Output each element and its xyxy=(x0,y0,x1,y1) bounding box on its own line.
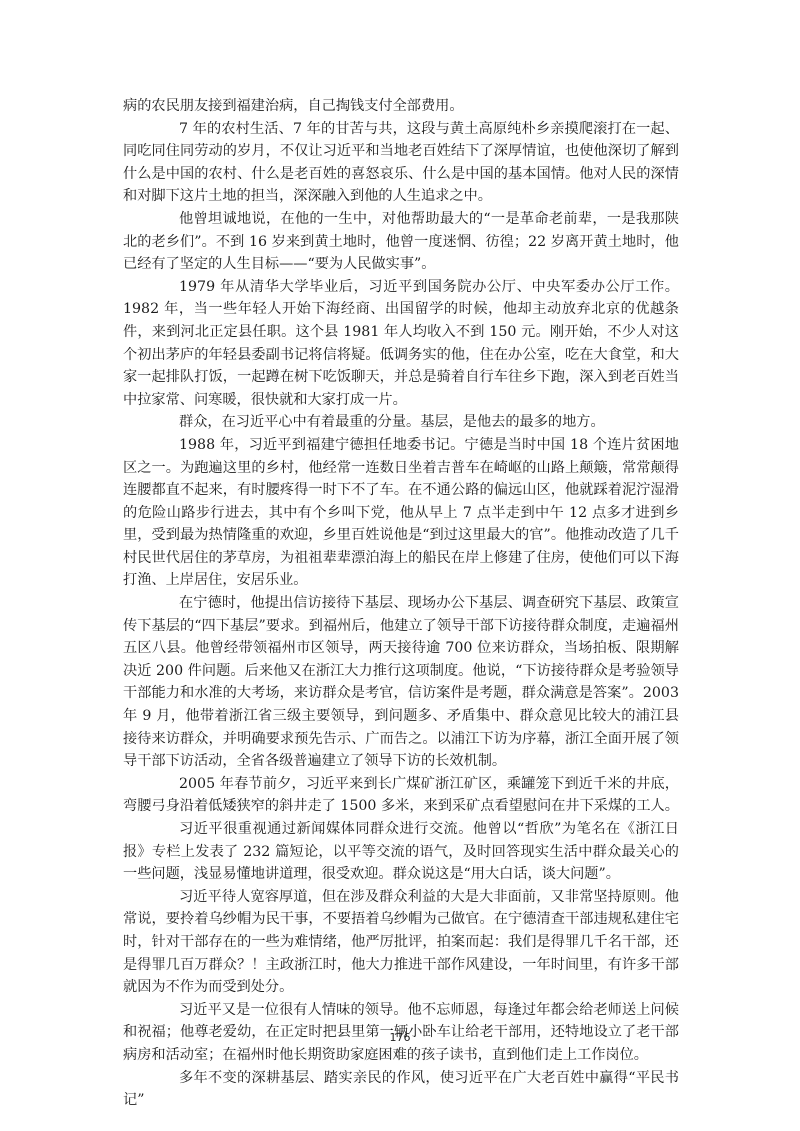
paragraph: 7 年的农村生活、7 年的甘苦与共，这段与黄土高原纯朴乡亲摸爬滚打在一起、同吃同… xyxy=(123,118,679,208)
body-text: 病的农民朋友接到福建治病，自己掏钱支付全部费用。 7 年的农村生活、7 年的甘苦… xyxy=(123,95,679,1112)
paragraph: 1988 年，习近平到福建宁德担任地委书记。宁德是当时中国 18 个连片贫困地区… xyxy=(123,434,679,592)
paragraph: 他曾坦诚地说，在他的一生中，对他帮助最大的“一是革命老前辈，一是我那陕北的老乡们… xyxy=(123,208,679,276)
paragraph: 习近平很重视通过新闻媒体同群众进行交流。他曾以“哲欣”为笔名在《浙江日报》专栏上… xyxy=(123,818,679,886)
paragraph: 群众，在习近平心中有着最重的分量。基层，是他去的最多的地方。 xyxy=(123,411,679,434)
paragraph: 病的农民朋友接到福建治病，自己掏钱支付全部费用。 xyxy=(123,95,679,118)
paragraph: 2005 年春节前夕，习近平来到长广煤矿浙江矿区，乘罐笼下到近千米的井底，弯腰弓… xyxy=(123,773,679,818)
paragraph: 多年不变的深耕基层、踏实亲民的作风，使习近平在广大老百姓中赢得“平民书记” xyxy=(123,1067,679,1112)
paragraph: 在宁德时，他提出信访接待下基层、现场办公下基层、调查研究下基层、政策宣传下基层的… xyxy=(123,592,679,773)
paragraph: 1979 年从清华大学毕业后，习近平到国务院办公厅、中央军委办公厅工作。1982… xyxy=(123,276,679,412)
paragraph: 习近平待人宽容厚道，但在涉及群众利益的大是大非面前，又非常坚持原则。他常说，要拎… xyxy=(123,886,679,999)
page-number: 176 xyxy=(0,1031,800,1044)
document-page: 病的农民朋友接到福建治病，自己掏钱支付全部费用。 7 年的农村生活、7 年的甘苦… xyxy=(0,0,800,1131)
